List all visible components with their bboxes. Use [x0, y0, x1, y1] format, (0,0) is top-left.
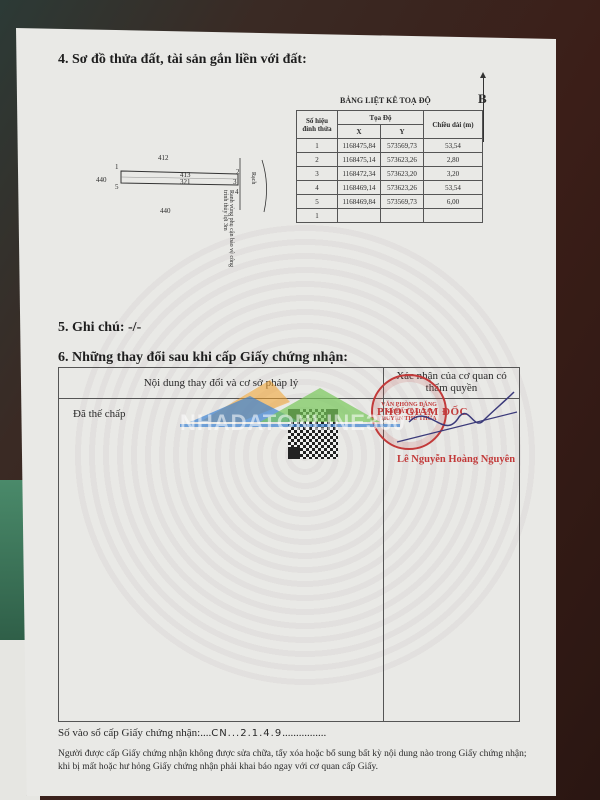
- coord-cell-length: 3,20: [424, 167, 483, 181]
- coord-cell-point: 1: [297, 209, 338, 223]
- vertex-label: 3: [233, 178, 237, 186]
- watermark-text: NHADATONLINE360: [180, 410, 406, 436]
- registration-number: Số vào sổ cấp Giấy chứng nhận:....CN...2…: [58, 727, 326, 739]
- coord-row: 11168475,84573569,7353,54: [297, 139, 483, 153]
- header-point: Số hiệu đỉnh thửa: [297, 111, 338, 139]
- registration-value: CN...2.1.4.9: [211, 728, 282, 739]
- neighbor-north-label: 412: [158, 154, 169, 162]
- coord-cell-length: 53,54: [424, 181, 483, 195]
- vertex-label: 5: [115, 183, 119, 191]
- coord-cell-x: 1168469,14: [338, 181, 381, 195]
- coord-cell-length: 6,00: [424, 195, 483, 209]
- neighbor-west-label: 440: [96, 176, 107, 184]
- signature-icon: [389, 382, 519, 462]
- protection-zone-note: Ranh vùng phụ cận bảo vệ công trình thủy…: [220, 190, 234, 270]
- coord-row: 51168469,84573569,736,00: [297, 195, 483, 209]
- coord-cell-y: 573623,20: [381, 167, 424, 181]
- registration-dots: ................: [282, 727, 326, 739]
- signer-name: Lê Nguyễn Hoàng Nguyên: [397, 454, 515, 465]
- vertex-label: 2: [236, 168, 240, 176]
- coord-cell-length: [424, 209, 483, 223]
- coord-row: 41168469,14573623,2653,54: [297, 181, 483, 195]
- coord-cell-length: 53,54: [424, 139, 483, 153]
- coord-cell-x: 1168472,34: [338, 167, 381, 181]
- parcel-number-b: 321: [180, 178, 191, 186]
- coord-table-title: BẢNG LIỆT KÊ TOẠ ĐỘ: [340, 96, 431, 105]
- coord-row: 1: [297, 209, 483, 223]
- neighbor-south-label: 440: [160, 207, 171, 215]
- section-5-title: 5. Ghi chú: -/-: [58, 320, 141, 336]
- footnote-warning: Người được cấp Giấy chứng nhận không đượ…: [58, 748, 528, 774]
- section-6-title: 6. Những thay đổi sau khi cấp Giấy chứng…: [58, 350, 348, 366]
- coord-cell-y: [381, 209, 424, 223]
- coord-cell-point: 1: [297, 139, 338, 153]
- coord-cell-point: 5: [297, 195, 338, 209]
- coord-cell-x: 1168475,14: [338, 153, 381, 167]
- coord-cell-x: [338, 209, 381, 223]
- coord-table: Số hiệu đỉnh thửa Tọa Độ Chiều dài (m) X…: [296, 110, 483, 223]
- header-length: Chiều dài (m): [424, 111, 483, 139]
- coord-cell-point: 4: [297, 181, 338, 195]
- coord-cell-y: 573569,73: [381, 195, 424, 209]
- coord-cell-x: 1168469,84: [338, 195, 381, 209]
- header-y: Y: [381, 125, 424, 139]
- coord-cell-y: 573623,26: [381, 181, 424, 195]
- vertex-label: 1: [115, 163, 119, 171]
- change-entry: Đã thế chấp: [73, 408, 126, 420]
- coord-cell-y: 573623,26: [381, 153, 424, 167]
- coord-row: 21168475,14573623,262,80: [297, 153, 483, 167]
- coord-cell-y: 573569,73: [381, 139, 424, 153]
- coord-cell-point: 2: [297, 153, 338, 167]
- vertex-label: 4: [235, 188, 239, 196]
- coord-row: 31168472,34573623,203,20: [297, 167, 483, 181]
- coord-cell-length: 2,80: [424, 153, 483, 167]
- coord-cell-point: 3: [297, 167, 338, 181]
- header-coord: Tọa Độ: [338, 111, 424, 125]
- coord-cell-x: 1168475,84: [338, 139, 381, 153]
- header-x: X: [338, 125, 381, 139]
- registration-label: Số vào sổ cấp Giấy chứng nhận:....: [58, 727, 211, 739]
- canal-label: Rạch: [250, 172, 256, 184]
